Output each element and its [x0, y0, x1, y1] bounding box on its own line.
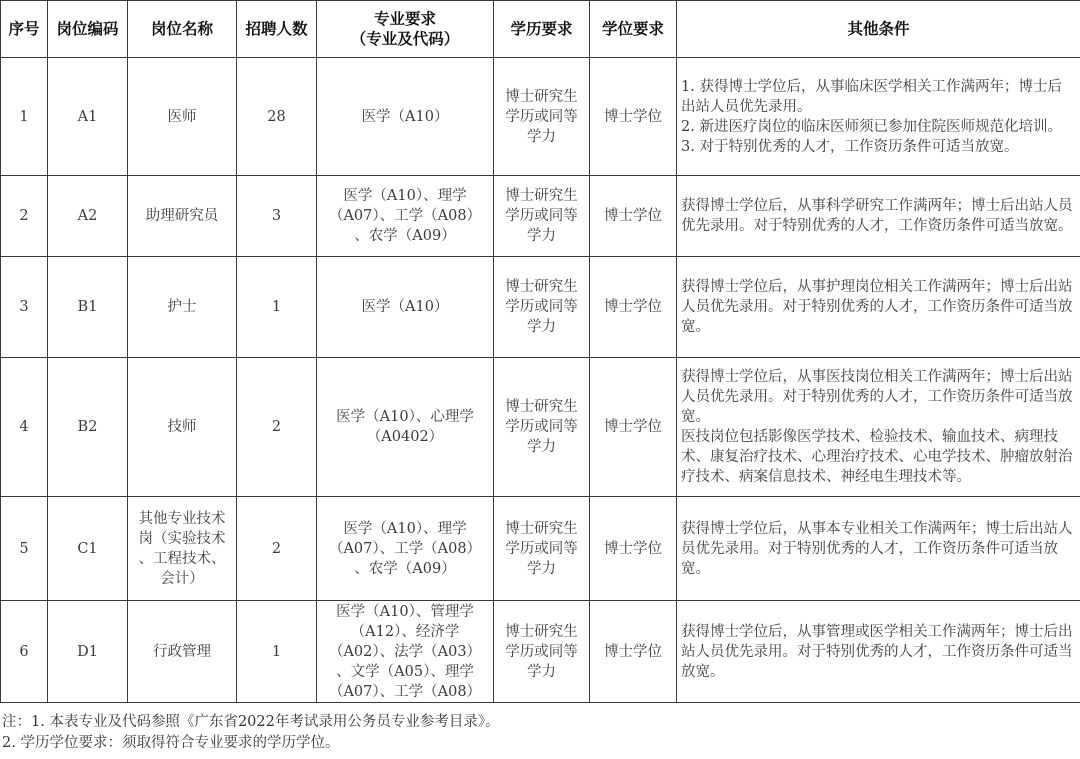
note-line-1: 注：1. 本表专业及代码参照《广东省2022年考试录用公务员专业参考目录》。 — [2, 712, 500, 733]
cell-degree: 博士学位 — [590, 176, 677, 257]
education-line: 学力 — [497, 127, 586, 147]
major-line: （A0402） — [320, 427, 490, 447]
cell-degree: 博士学位 — [590, 497, 677, 601]
other-line: 3. 对于特别优秀的人才，工作资历条件可适当放宽。 — [681, 137, 1076, 157]
education-line: 学力 — [497, 559, 586, 579]
education-line: 博士研究生 — [497, 622, 586, 642]
header-seq: 序号 — [1, 1, 48, 58]
education-line: 学力 — [497, 317, 586, 337]
recruitment-table: 序号 岗位编码 岗位名称 招聘人数 专业要求 （专业及代码） 学历要求 学位要求… — [0, 0, 1080, 703]
education-line: 博士研究生 — [497, 519, 586, 539]
cell-education: 博士研究生 学历或同等 学力 — [494, 358, 590, 497]
table-row: 5 C1 其他专业技术 岗（实验技术 、工程技术、 会计） 2 医学（A10）、… — [1, 497, 1080, 601]
cell-code: B1 — [48, 257, 128, 358]
cell-seq: 4 — [1, 358, 48, 497]
education-line: 学力 — [497, 437, 586, 457]
cell-code: C1 — [48, 497, 128, 601]
cell-count: 2 — [237, 497, 317, 601]
major-line: 、农学（A09） — [320, 226, 490, 246]
header-major-line1: 专业要求 — [320, 9, 490, 29]
major-line: 医学（A10） — [320, 297, 490, 317]
major-line: 医学（A10） — [320, 107, 490, 127]
cell-seq: 3 — [1, 257, 48, 358]
other-line: 1. 获得博士学位后，从事临床医学相关工作满两年；博士后出站人员优先录用。 — [681, 77, 1076, 117]
cell-name: 其他专业技术 岗（实验技术 、工程技术、 会计） — [128, 497, 237, 601]
header-major-line2: （专业及代码） — [320, 29, 490, 49]
header-major: 专业要求 （专业及代码） — [317, 1, 494, 58]
cell-degree: 博士学位 — [590, 257, 677, 358]
other-line: 获得博士学位后，从事管理或医学相关工作满两年；博士后出站人员优先录用。对于特别优… — [681, 622, 1076, 682]
education-line: 博士研究生 — [497, 186, 586, 206]
table-row: 4 B2 技师 2 医学（A10）、心理学 （A0402） 博士研究生 学历或同… — [1, 358, 1080, 497]
other-line: 获得博士学位后，从事科学研究工作满两年；博士后出站人员优先录用。对于特别优秀的人… — [681, 196, 1076, 236]
cell-count: 1 — [237, 601, 317, 703]
education-line: 学历或同等 — [497, 539, 586, 559]
cell-degree: 博士学位 — [590, 58, 677, 176]
cell-degree: 博士学位 — [590, 358, 677, 497]
education-line: 学力 — [497, 226, 586, 246]
name-line: 会计） — [131, 569, 233, 589]
major-line: （A07）、工学（A08） — [320, 206, 490, 226]
header-name: 岗位名称 — [128, 1, 237, 58]
cell-major: 医学（A10）、理学 （A07）、工学（A08） 、农学（A09） — [317, 176, 494, 257]
major-line: 医学（A10）、管理学 — [320, 602, 490, 622]
major-line: 医学（A10）、理学 — [320, 186, 490, 206]
name-line: 其他专业技术 — [131, 509, 233, 529]
name-line: 岗（实验技术 — [131, 529, 233, 549]
education-line: 学历或同等 — [497, 642, 586, 662]
cell-count: 3 — [237, 176, 317, 257]
other-line: 获得博士学位后，从事医技岗位相关工作满两年；博士后出站人员优先录用。对于特别优秀… — [681, 367, 1076, 427]
major-line: （A02）、法学（A03） — [320, 642, 490, 662]
table-row: 2 A2 助理研究员 3 医学（A10）、理学 （A07）、工学（A08） 、农… — [1, 176, 1080, 257]
major-line: （A07）、工学（A08） — [320, 539, 490, 559]
header-other: 其他条件 — [677, 1, 1080, 58]
cell-name: 助理研究员 — [128, 176, 237, 257]
cell-other: 获得博士学位后，从事管理或医学相关工作满两年；博士后出站人员优先录用。对于特别优… — [677, 601, 1080, 703]
major-line: 、文学（A05）、理学 — [320, 662, 490, 682]
cell-seq: 6 — [1, 601, 48, 703]
name-line: 、工程技术、 — [131, 549, 233, 569]
table-header-row: 序号 岗位编码 岗位名称 招聘人数 专业要求 （专业及代码） 学历要求 学位要求… — [1, 1, 1080, 58]
cell-name: 医师 — [128, 58, 237, 176]
cell-code: A1 — [48, 58, 128, 176]
header-degree: 学位要求 — [590, 1, 677, 58]
cell-other: 获得博士学位后，从事护理岗位相关工作满两年；博士后出站人员优先录用。对于特别优秀… — [677, 257, 1080, 358]
cell-major: 医学（A10）、心理学 （A0402） — [317, 358, 494, 497]
education-line: 学历或同等 — [497, 107, 586, 127]
cell-education: 博士研究生 学历或同等 学力 — [494, 176, 590, 257]
cell-other: 获得博士学位后，从事医技岗位相关工作满两年；博士后出站人员优先录用。对于特别优秀… — [677, 358, 1080, 497]
cell-seq: 5 — [1, 497, 48, 601]
cell-name: 护士 — [128, 257, 237, 358]
major-line: 医学（A10）、心理学 — [320, 407, 490, 427]
other-line: 获得博士学位后，从事护理岗位相关工作满两年；博士后出站人员优先录用。对于特别优秀… — [681, 277, 1076, 337]
header-count: 招聘人数 — [237, 1, 317, 58]
table-row: 3 B1 护士 1 医学（A10） 博士研究生 学历或同等 学力 博士学位 获得… — [1, 257, 1080, 358]
other-line: 医技岗位包括影像医学技术、检验技术、输血技术、病理技术、康复治疗技术、心理治疗技… — [681, 427, 1076, 487]
cell-other: 获得博士学位后，从事本专业相关工作满两年；博士后出站人员优先录用。对于特别优秀的… — [677, 497, 1080, 601]
other-line: 获得博士学位后，从事本专业相关工作满两年；博士后出站人员优先录用。对于特别优秀的… — [681, 519, 1076, 579]
cell-major: 医学（A10） — [317, 58, 494, 176]
cell-name: 技师 — [128, 358, 237, 497]
education-line: 学力 — [497, 662, 586, 682]
cell-code: D1 — [48, 601, 128, 703]
education-line: 博士研究生 — [497, 277, 586, 297]
cell-other: 获得博士学位后，从事科学研究工作满两年；博士后出站人员优先录用。对于特别优秀的人… — [677, 176, 1080, 257]
header-education: 学历要求 — [494, 1, 590, 58]
cell-count: 2 — [237, 358, 317, 497]
table-notes: 注：1. 本表专业及代码参照《广东省2022年考试录用公务员专业参考目录》。 2… — [2, 712, 500, 754]
cell-education: 博士研究生 学历或同等 学力 — [494, 257, 590, 358]
education-line: 学历或同等 — [497, 417, 586, 437]
cell-seq: 1 — [1, 58, 48, 176]
cell-other: 1. 获得博士学位后，从事临床医学相关工作满两年；博士后出站人员优先录用。 2.… — [677, 58, 1080, 176]
cell-count: 28 — [237, 58, 317, 176]
education-line: 学历或同等 — [497, 206, 586, 226]
table-row: 6 D1 行政管理 1 医学（A10）、管理学 （A12）、经济学 （A02）、… — [1, 601, 1080, 703]
cell-name: 行政管理 — [128, 601, 237, 703]
major-line: 医学（A10）、理学 — [320, 519, 490, 539]
table-row: 1 A1 医师 28 医学（A10） 博士研究生 学历或同等 学力 博士学位 1… — [1, 58, 1080, 176]
cell-education: 博士研究生 学历或同等 学力 — [494, 58, 590, 176]
cell-seq: 2 — [1, 176, 48, 257]
note-line-2: 2. 学历学位要求：须取得符合专业要求的学历学位。 — [2, 733, 500, 754]
major-line: 、农学（A09） — [320, 559, 490, 579]
cell-major: 医学（A10）、管理学 （A12）、经济学 （A02）、法学（A03） 、文学（… — [317, 601, 494, 703]
cell-education: 博士研究生 学历或同等 学力 — [494, 497, 590, 601]
cell-code: B2 — [48, 358, 128, 497]
other-line: 2. 新进医疗岗位的临床医师须已参加住院医师规范化培训。 — [681, 117, 1076, 137]
cell-major: 医学（A10）、理学 （A07）、工学（A08） 、农学（A09） — [317, 497, 494, 601]
major-line: （A12）、经济学 — [320, 622, 490, 642]
education-line: 博士研究生 — [497, 397, 586, 417]
major-line: （A07）、工学（A08） — [320, 682, 490, 702]
header-code: 岗位编码 — [48, 1, 128, 58]
education-line: 博士研究生 — [497, 87, 586, 107]
cell-code: A2 — [48, 176, 128, 257]
cell-education: 博士研究生 学历或同等 学力 — [494, 601, 590, 703]
cell-count: 1 — [237, 257, 317, 358]
cell-degree: 博士学位 — [590, 601, 677, 703]
cell-major: 医学（A10） — [317, 257, 494, 358]
education-line: 学历或同等 — [497, 297, 586, 317]
